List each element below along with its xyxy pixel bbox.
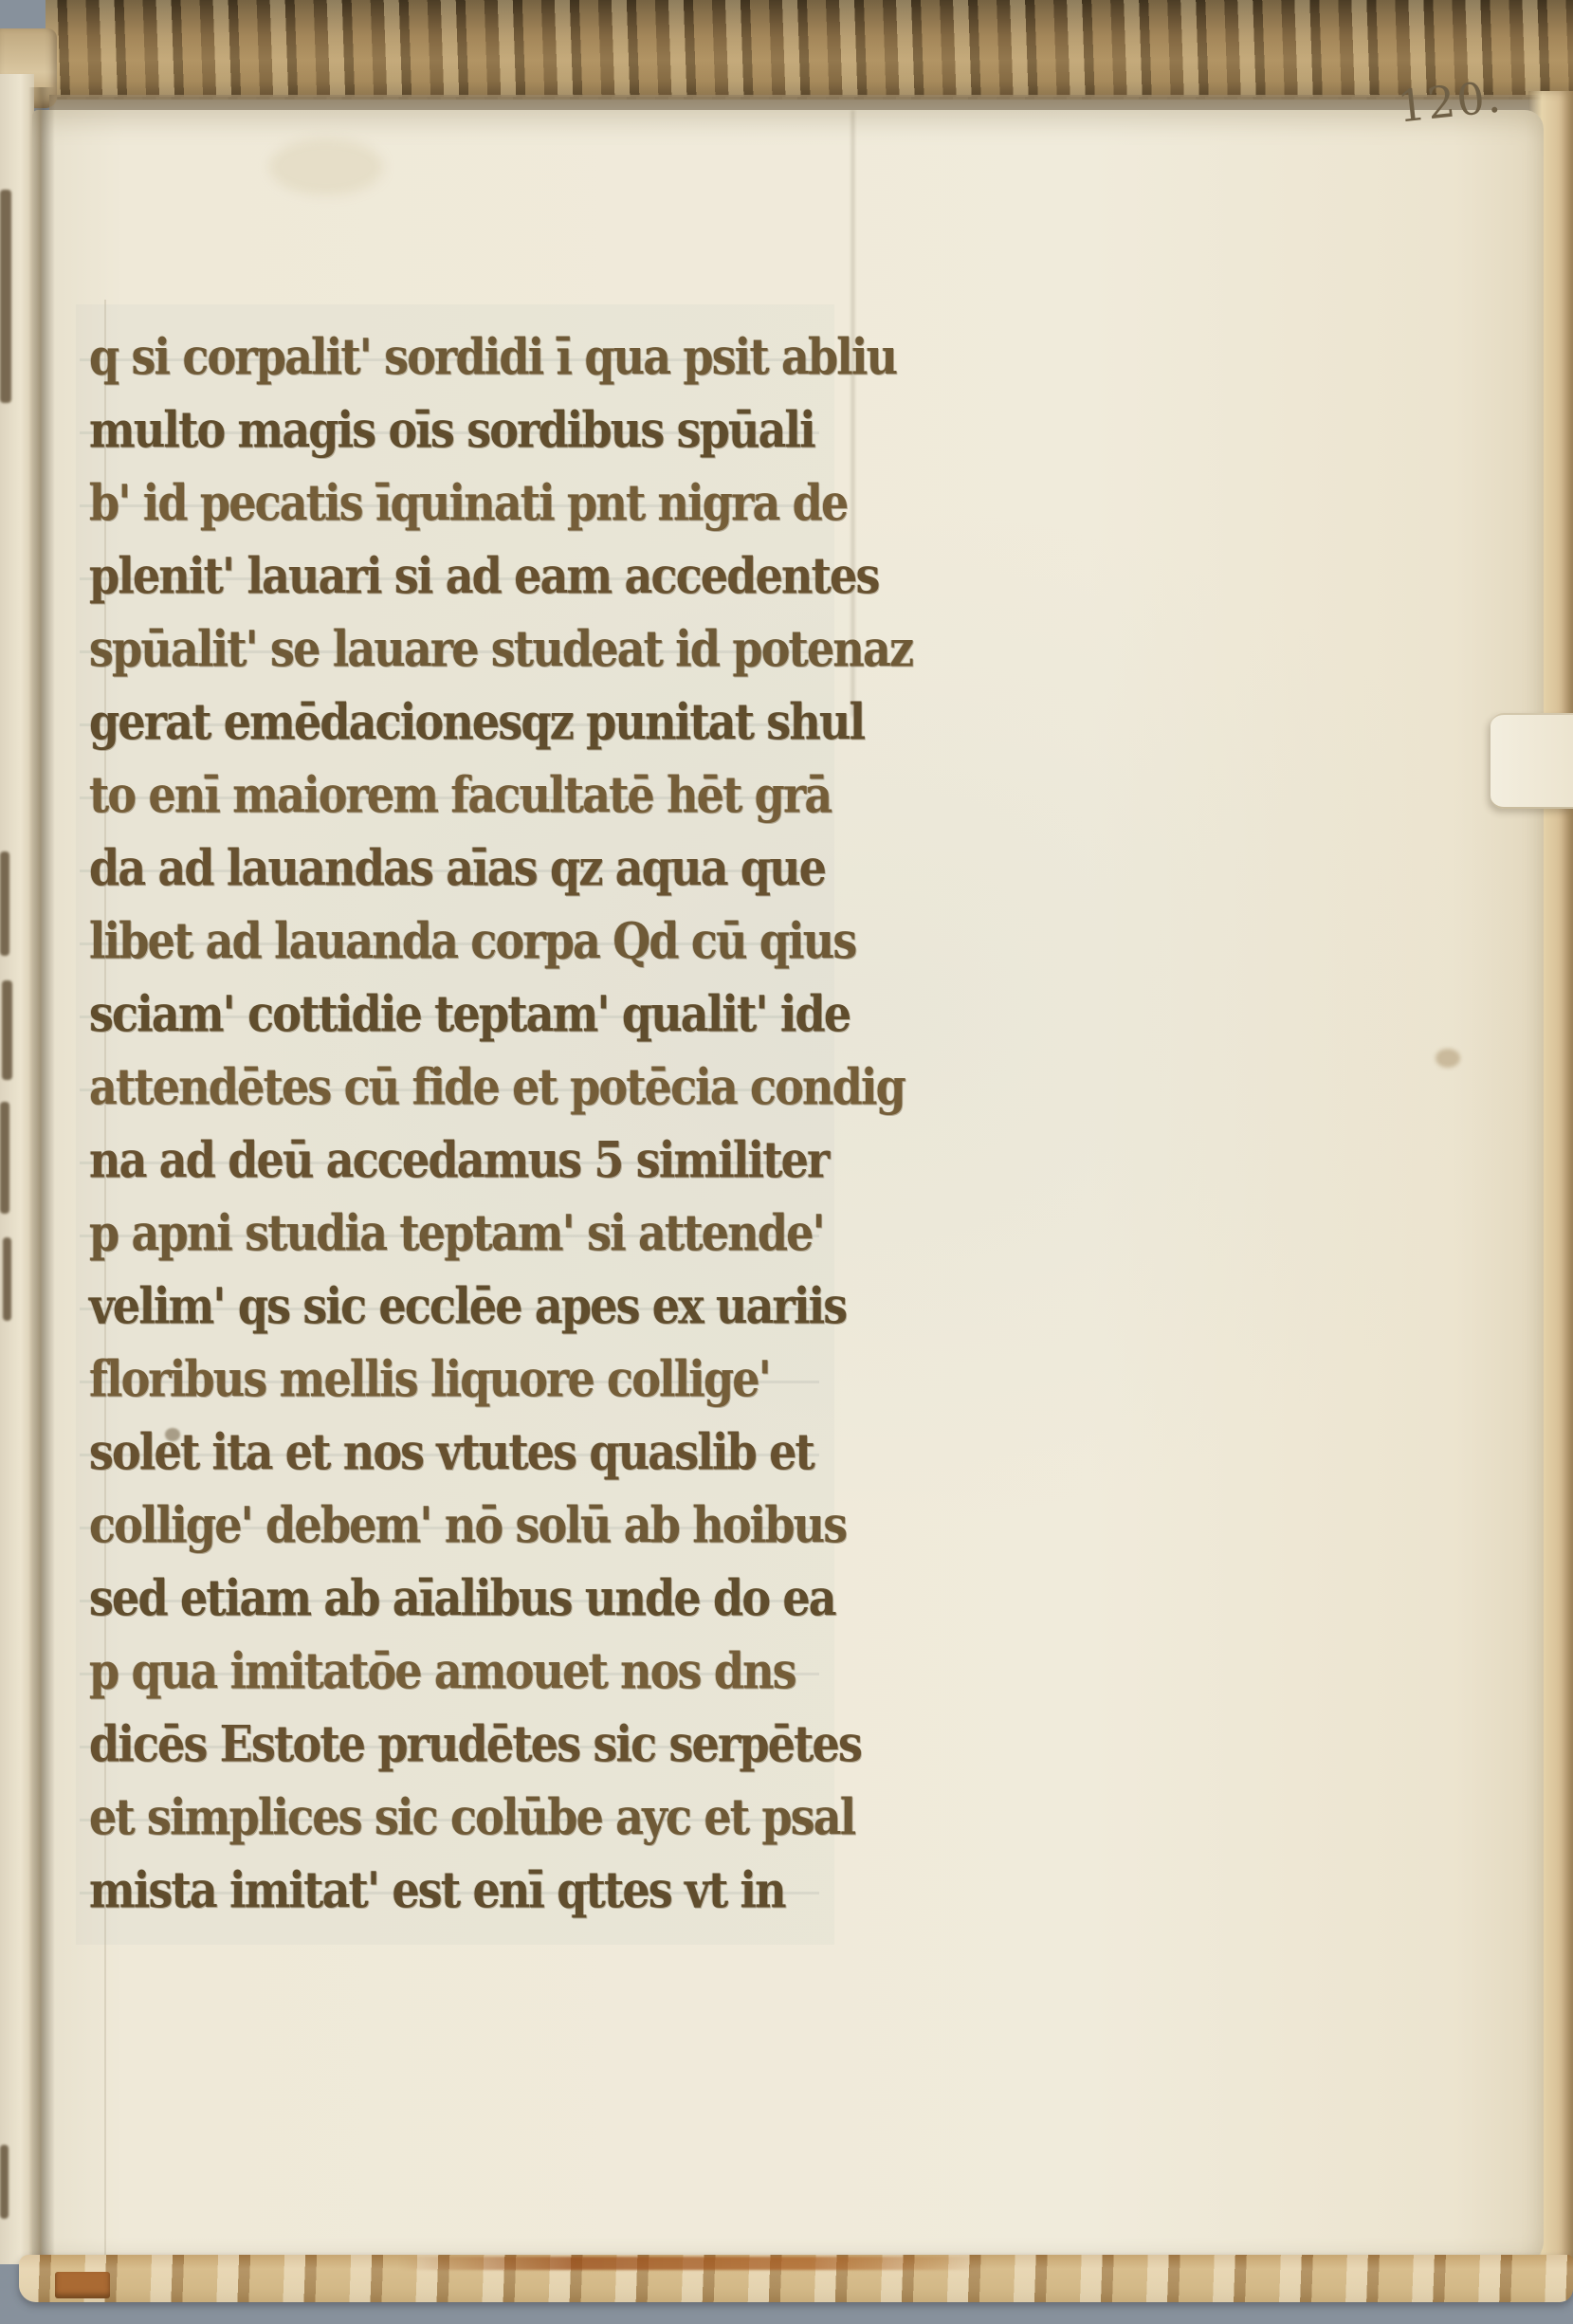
ink-offset-mark	[3, 1237, 11, 1321]
ink-offset-mark	[0, 851, 9, 956]
text-line: to enī maiorem facultatē hēt grā	[89, 757, 787, 833]
text-line: b' id pecatis īquinati pnt nigra de	[89, 465, 787, 540]
vellum-index-tab	[1491, 713, 1573, 809]
binding-fragment	[55, 2272, 110, 2298]
page-leaf: q si corpalit' sordidi ī qua psit abliu …	[32, 110, 1544, 2264]
text-line: plenit' lauari si ad eam accedentes	[89, 538, 787, 613]
manuscript-photo: q si corpalit' sordidi ī qua psit abliu …	[0, 0, 1573, 2324]
text-line: et simplices sic colūbe ayc et psal	[89, 1779, 787, 1855]
ink-offset-mark	[0, 2145, 9, 2219]
text-line: floribus mellis liquore collige'	[89, 1341, 787, 1417]
ink-offset-mark	[2, 980, 12, 1080]
text-line: attendētes cū fide et potēcia condig	[89, 1049, 787, 1125]
text-line: sed etiam ab aīalibus unde do ea	[89, 1560, 787, 1636]
text-line: mista imitat' est enī qttes vt in	[89, 1852, 787, 1928]
text-line: solet ita et nos vtutes quaslib et	[89, 1414, 787, 1490]
ink-offset-mark	[0, 190, 11, 403]
ink-offset-mark	[0, 1102, 9, 1214]
text-line: libet ad lauanda corpa Qd cū qius	[89, 903, 787, 979]
text-line: da ad lauandas aīas qz aqua que	[89, 830, 787, 906]
spine-gutter-shadow	[28, 87, 55, 2260]
text-line: sciam' cottidie teptam' qualit' ide	[89, 976, 787, 1052]
bottom-edge-stain	[398, 2257, 986, 2270]
stain	[1436, 1049, 1460, 1068]
text-line: p qua imitatōe amouet nos dns	[89, 1633, 787, 1709]
book-top-edge	[46, 0, 1573, 100]
text-line: gerat emēdacionesqz punitat shul	[89, 684, 787, 759]
text-line: q si corpalit' sordidi ī qua psit abliu	[89, 319, 787, 394]
stain	[269, 138, 383, 195]
text-line: collige' debem' nō solū ab hoibus	[89, 1487, 787, 1563]
text-line: p apni studia teptam' si attende'	[89, 1195, 787, 1271]
text-line: spūalit' se lauare studeat id potenaz	[89, 611, 787, 686]
text-line: dicēs Estote prudētes sic serpētes	[89, 1706, 787, 1782]
text-line: velim' qs sic ecclēe apes ex uariis	[89, 1268, 787, 1344]
text-line: na ad deū accedamus 5 similiter	[89, 1122, 787, 1198]
folio-number: 120.	[1395, 70, 1504, 132]
text-block: q si corpalit' sordidi ī qua psit abliu …	[89, 320, 848, 1927]
text-line: multo magis oīs sordibus spūali	[89, 392, 787, 467]
